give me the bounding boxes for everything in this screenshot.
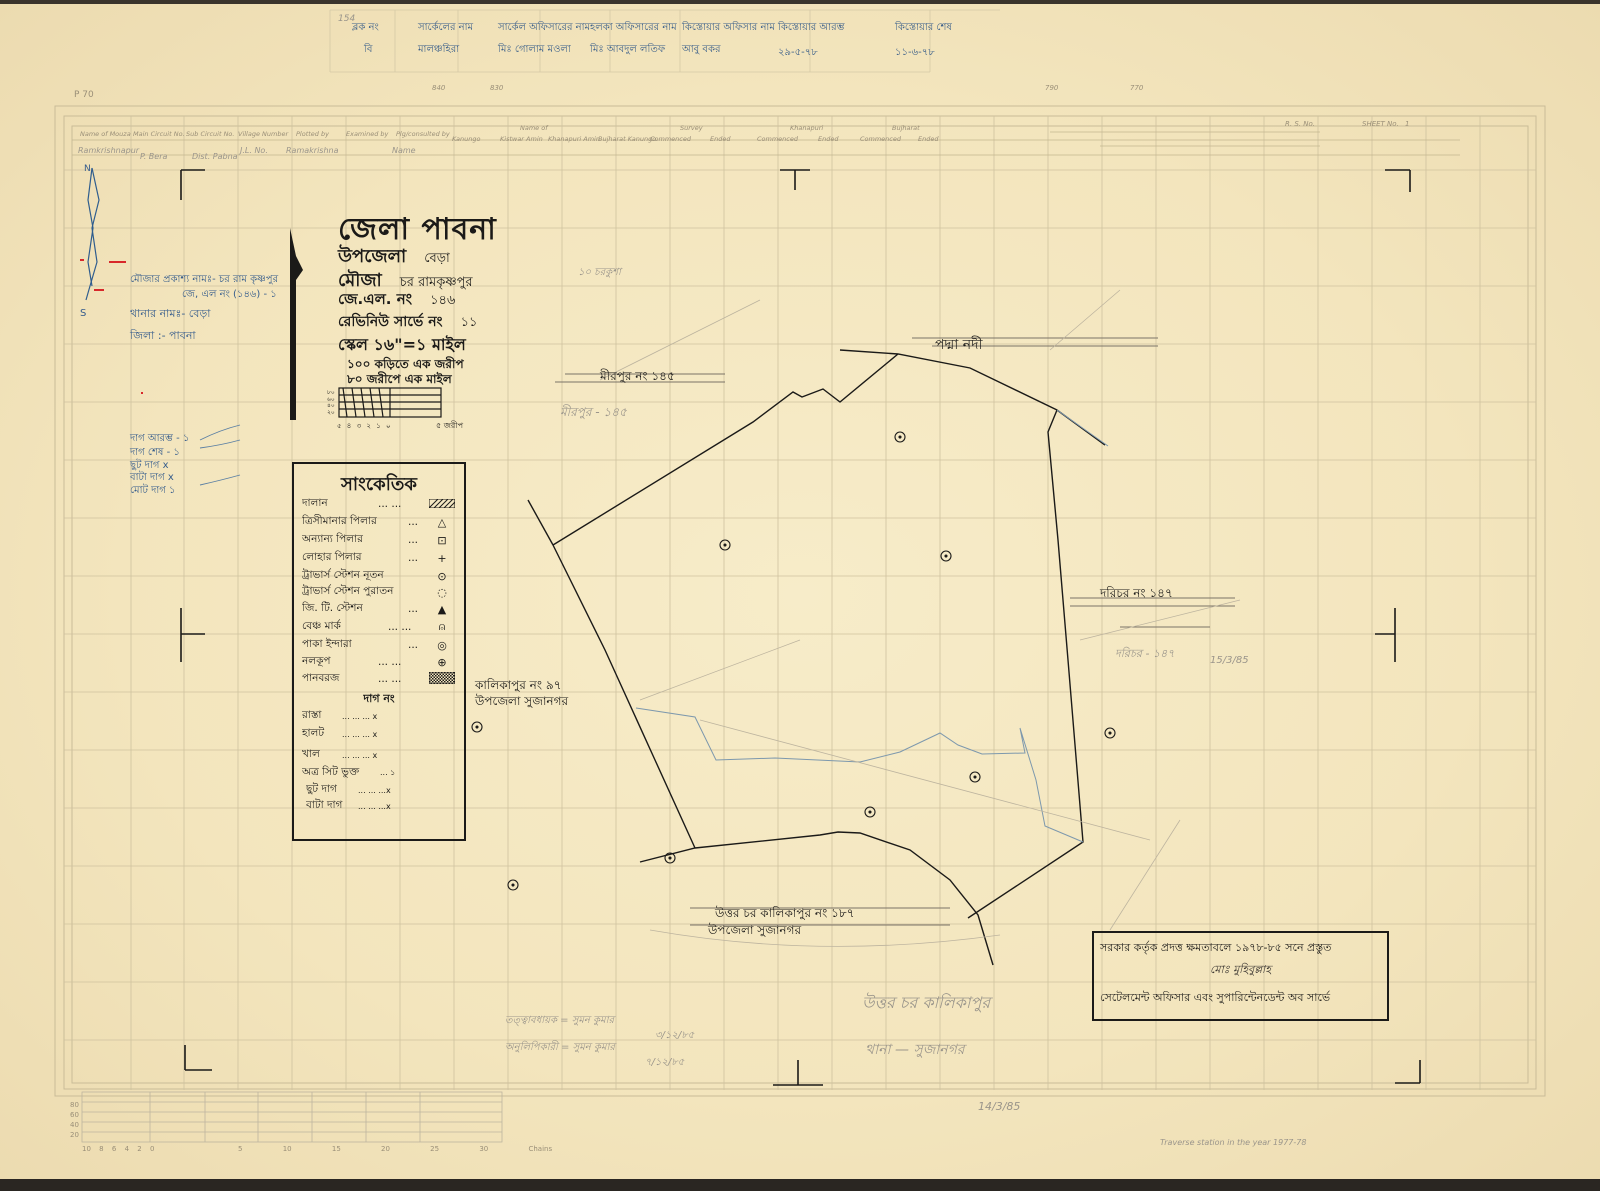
header-col-kistwar-end-value: ১১-৬-৭৮	[895, 45, 935, 62]
scale-label: স্কেল ১৬"=১ মাইল	[338, 332, 466, 359]
compass-south-label: S	[80, 308, 86, 319]
legend-item-trijunction-pillar: ত্রিসীমানার পিলার...△	[302, 514, 456, 530]
upazila-label: উপজেলা	[338, 246, 406, 267]
pencil-traverse-note: Traverse station in the year 1977-78	[1160, 1138, 1306, 1147]
form-header-khanapuri-commenced: Commenced	[757, 135, 798, 143]
blue-jl-note: জে, এল নং (১৪৬) - ১	[182, 287, 277, 304]
header-col-block-label: ব্লক নং	[352, 20, 379, 37]
legend-item-bench-mark: বেঞ্চ মার্ক... ...⍝	[302, 619, 456, 635]
blue-dag-total: মোট দাগ ১	[130, 483, 176, 500]
certificate-signature: মোঃ মুহিবুল্লাহ	[1094, 961, 1387, 980]
rs-value: ১১	[461, 315, 478, 330]
grid-num-2: 830	[490, 84, 503, 92]
form-header-sub-circuit: Sub Circuit No.	[186, 130, 234, 138]
header-col-kistwar-start-label: কিস্তোয়ার আরম্ভ	[778, 20, 845, 37]
form-header-bujharat-commenced: Commenced	[860, 135, 901, 143]
traverse-stations	[472, 432, 1115, 890]
legend-panel: সাংকেতিক দালান... ... ত্রিসীমানার পিলার.…	[292, 462, 466, 841]
dotted-circle-icon: ⊙	[428, 570, 456, 583]
header-col-co-label: সার্কেল অফিসারের নাম	[498, 20, 590, 37]
rs-row: রেভিনিউ সার্ভে নং১১	[338, 310, 477, 334]
form-header-examined-by: Examined by	[346, 130, 388, 138]
pencil-south-date: 14/3/85	[978, 1100, 1020, 1113]
checker-rect-icon	[428, 672, 456, 687]
bottom-scale-side-ticks: 80 60 40 20	[70, 1100, 79, 1140]
bottom-scale-left-ticks: 10 8 6 4 2 0	[82, 1145, 154, 1153]
dag-item-this-sheet: অত্র সিট ভুক্ত... ১	[302, 765, 456, 781]
header-col-co-value: মিঃ গোলাম মওলা	[498, 42, 571, 59]
filled-triangle-icon: ▲	[428, 603, 456, 616]
legend-item-traverse-old: ট্রাভার্স স্টেশন পুরাতন◌	[302, 584, 456, 600]
dag-item-halot: হালট... ... ... x	[302, 726, 456, 742]
east-neighbor-label: দরিচর নং ১৪৭	[1100, 585, 1173, 605]
form-header-bujharat: Bujharat	[892, 124, 920, 132]
certificate-line-2: সেটেলমেন্ট অফিসার এবং সুপারিন্টেনডেন্ট অ…	[1100, 989, 1330, 1008]
form-value-sub-circuit: Dist. Pabna	[192, 152, 238, 161]
river-char-line	[636, 410, 1108, 842]
pencil-top-number: 154	[338, 14, 355, 24]
north-neighbor-label: মীরপুর নং ১৪৫	[600, 368, 675, 388]
header-col-kistwar-officer-value: আবু বকর	[682, 42, 720, 59]
scale-bar-unit: ৫ জরীপ	[436, 420, 463, 433]
header-col-circle-value: মালঞ্চহিরা	[418, 42, 459, 59]
header-col-kistwar-end-label: কিস্তোয়ার শেষ	[895, 20, 952, 37]
form-value-village-number: J.L. No.	[240, 146, 268, 155]
legend-item-building: দালান... ...	[302, 496, 456, 512]
pencil-east-date: 15/3/85	[1210, 655, 1249, 666]
form-header-khanapuri: Khanapuri	[790, 124, 823, 132]
rs-no-label: R. S. No.	[1285, 120, 1315, 128]
form-header-bujharat-ended: Ended	[918, 135, 938, 143]
form-header-plotted-by: Plotted by	[296, 130, 329, 138]
page-code: P 70	[74, 90, 94, 100]
legend-item-iron-pillar: লোহার পিলার...+	[302, 550, 456, 566]
blue-district-note: জিলা :- পাবনা	[130, 327, 196, 346]
header-col-halka-value: মিঃ আবদুল লতিফ	[590, 42, 665, 59]
scan-edge-bottom	[0, 1179, 1600, 1191]
form-header-khanapuri-amin: Khanapuri Amin	[548, 135, 600, 143]
grid-num-3: 790	[1045, 84, 1058, 92]
river-label: পদ্মা নদী	[935, 333, 983, 357]
sheet-no-value: 1	[1405, 120, 1409, 128]
dag-item-canal: খাল... ... ... x	[302, 747, 456, 763]
dag-title: দাগ নং	[294, 690, 464, 709]
sheet-no-label: SHEET No.	[1362, 120, 1399, 128]
pencil-checked-1: তত্ত্বাবধায়ক = সুমন কুমার	[505, 1013, 614, 1030]
scale-bar-ticks: ৫ ৪ ৩ ২ ১ ০	[337, 420, 391, 432]
header-col-kistwar-officer-label: কিস্তোয়ার অফিসার নাম	[682, 20, 775, 37]
header-col-kistwar-start-value: ২৯-৫-৭৮	[778, 45, 818, 62]
tubewell-icon: ⊕	[428, 656, 456, 669]
blue-thana-note: থানার নামঃ- বেড়া	[130, 305, 210, 324]
dag-item-bata: বাটা দাগ... ... ...x	[306, 798, 460, 814]
pencil-checked-2: অনুলিপিকারী = সুমন কুমার	[505, 1040, 615, 1057]
header-col-circle-label: সার্কেলের নাম	[418, 20, 473, 37]
form-header-main-circuit: Main Circuit No.	[133, 130, 185, 138]
pencil-checked-2-date: ৭/১২/৮৫	[645, 1055, 684, 1072]
grid-num-4: 770	[1130, 84, 1143, 92]
pencil-south-note-2: থানা — সুজানগর	[865, 1038, 965, 1062]
well-icon: ◎	[428, 639, 456, 652]
jl-label: জে.এল. নং	[338, 290, 412, 308]
legend-item-pucca-well: পাকা ইন্দারা...◎	[302, 637, 456, 653]
upazila-value: বেড়া	[424, 251, 450, 266]
south-neighbor-upazila: উপজেলা সুজানগর	[708, 922, 801, 942]
certificate-box: সরকার কর্তৃক প্রদত্ত ক্ষমতাবলে ১৯৭৮-৮৫ স…	[1092, 931, 1389, 1021]
certificate-line-1: সরকার কর্তৃক প্রদত্ত ক্ষমতাবলে ১৯৭৮-৮৫ স…	[1100, 939, 1331, 958]
bottom-scale-right-ticks: 5 10 15 20 25 30 Chains	[238, 1145, 552, 1153]
header-col-halka-label: হলকা অফিসারের নাম	[590, 20, 677, 37]
form-value-consulted-by: Name	[392, 146, 416, 155]
title-ornament	[290, 228, 303, 420]
triangle-icon: △	[428, 516, 456, 529]
form-header-consulted-by: Plg/consulted by	[396, 130, 450, 138]
form-value-main-circuit: P. Bera	[140, 152, 167, 161]
form-header-kanungo: Kanungo	[452, 135, 480, 143]
form-value-mouza: Ramkrishnapur	[78, 146, 139, 155]
form-header-bujharat-kanungo: Bujharat Kanungo	[598, 135, 656, 143]
compass-north-label: N	[84, 164, 91, 174]
legend-item-gt-station: জি. টি. স্টেশন...▲	[302, 601, 456, 617]
hatched-rect-icon	[428, 498, 456, 511]
dag-item-road: রাস্তা... ... ... x	[302, 708, 456, 724]
rs-label: রেভিনিউ সার্ভে নং	[338, 314, 443, 330]
header-col-block-value: বি	[364, 42, 372, 59]
dashed-circle-icon: ◌	[428, 586, 456, 599]
legend-item-betel-garden: পানবরজ... ...	[302, 671, 456, 687]
dag-item-chhut: ছুট দাগ... ... ...x	[306, 782, 460, 798]
form-header-village-number: Village Number	[238, 130, 288, 138]
mouza-boundary	[528, 350, 1105, 965]
pencil-east-note: দরিচর - ১৪৭	[1115, 645, 1174, 664]
scale-note-2: ৮০ জরীপে এক মাইল	[347, 371, 452, 391]
form-header-survey-commenced: Commenced	[650, 135, 691, 143]
form-header-survey: Survey	[680, 124, 703, 132]
form-header-khanapuri-ended: Ended	[818, 135, 838, 143]
legend-item-traverse-new: ট্রাভার্স স্টেশন নূতন⊙	[302, 568, 456, 584]
form-header-survey-ended: Ended	[710, 135, 730, 143]
jl-value: ১৪৬	[430, 293, 455, 308]
form-header-mouza: Name of Mouza	[80, 130, 131, 138]
bench-mark-icon: ⍝	[428, 620, 456, 634]
west-neighbor-upazila: উপজেলা সুজানগর	[475, 693, 568, 713]
legend-item-other-pillar: অন্যান্য পিলার...⊡	[302, 532, 456, 548]
form-value-plotted-by: Ramakrishna	[286, 146, 339, 155]
scale-bar-side-ticks: ৮০ ৬০ ৪০ ২০	[327, 390, 335, 416]
form-header-kistwar-amin: Kistwar Amin	[500, 135, 543, 143]
form-header-name-of: Name of	[520, 124, 548, 132]
survey-map-sheet: ব্লক নং বি সার্কেলের নাম মালঞ্চহিরা সার্…	[0, 0, 1600, 1191]
grid-num-1: 840	[432, 84, 445, 92]
plus-icon: +	[428, 552, 456, 565]
pencil-south-note-1: উত্তর চর কালিকাপুর	[862, 990, 990, 1017]
legend-item-tubewell: নলকূপ... ...⊕	[302, 654, 456, 670]
pencil-north-note: মীরপুর - ১৪৫	[560, 404, 627, 424]
dotted-square-icon: ⊡	[428, 534, 456, 547]
pencil-checked-1-date: ৩/১২/৮৫	[655, 1028, 694, 1045]
pencil-top-mouza: ১০ চরকুশা	[578, 265, 621, 282]
